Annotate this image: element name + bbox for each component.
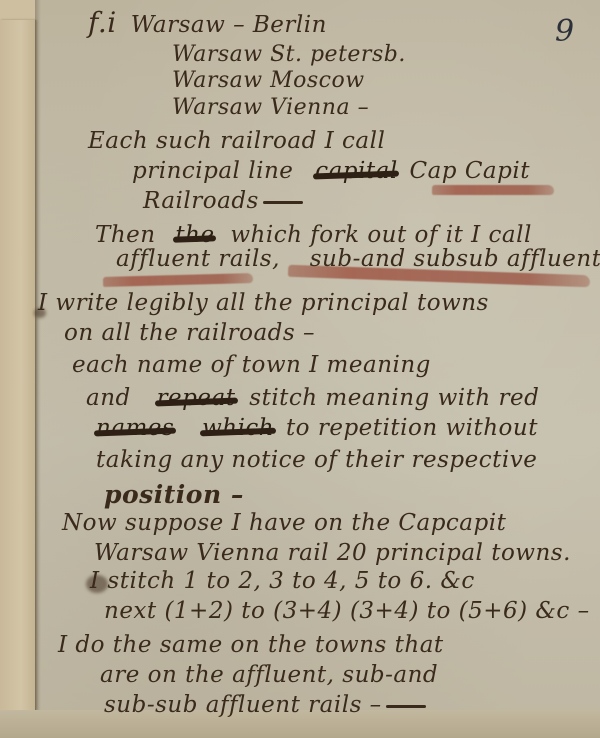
line-6: principal line capital Cap Capit bbox=[132, 158, 530, 184]
line-14-struck-word-a: names bbox=[96, 415, 174, 441]
manuscript-page: 9 f.iWarsaw – Berlin Warsaw St. petersb.… bbox=[0, 0, 600, 738]
line-9-text-b: sub-and subsub affluent rails bbox=[310, 246, 600, 272]
line-2: Warsaw St. petersb. bbox=[172, 42, 406, 67]
line-1-prefix: f.i bbox=[88, 6, 117, 39]
line-13: and repeat stitch meaning with red bbox=[86, 385, 539, 411]
line-9: affluent rails, sub-and subsub affluent … bbox=[116, 246, 600, 272]
line-1-text: Warsaw – Berlin bbox=[131, 12, 327, 38]
line-15: taking any notice of their respective bbox=[96, 447, 537, 473]
line-6-struck-word: capital bbox=[315, 158, 397, 184]
line-19: I stitch 1 to 2, 3 to 4, 5 to 6. &c bbox=[90, 568, 475, 594]
line-8-struck-word: the bbox=[175, 222, 214, 248]
line-8-text-before: Then bbox=[95, 222, 156, 248]
line-18: Warsaw Vienna rail 20 principal towns. bbox=[94, 540, 571, 566]
red-underline-smear-affluent bbox=[103, 273, 253, 287]
line-10: I write legibly all the principal towns bbox=[38, 290, 489, 316]
line-1: f.iWarsaw – Berlin bbox=[88, 6, 327, 39]
line-22: are on the affluent, sub-and bbox=[100, 662, 438, 688]
line-21: I do the same on the towns that bbox=[58, 632, 444, 658]
line-23: sub-sub affluent rails – bbox=[104, 692, 426, 718]
line-13-text-before: and bbox=[86, 385, 131, 411]
folio-number: 9 bbox=[555, 14, 574, 49]
line-23-text: sub-sub affluent rails – bbox=[104, 692, 382, 718]
line-5: Each such railroad I call bbox=[88, 128, 385, 154]
line-12: each name of town I meaning bbox=[72, 352, 431, 378]
page-edge-shadow bbox=[35, 0, 41, 738]
line-9-text-a: affluent rails, bbox=[116, 246, 280, 272]
line-17: Now suppose I have on the Capcapit bbox=[62, 510, 506, 536]
line-20: next (1+2) to (3+4) (3+4) to (5+6) &c – bbox=[104, 598, 590, 624]
line-14: names which to repetition without bbox=[96, 415, 538, 441]
line-14-struck-word-b: which bbox=[202, 415, 274, 441]
red-underline-smear-capcapit bbox=[432, 185, 554, 195]
line-11: on all the railroads – bbox=[64, 320, 315, 346]
binding-stub bbox=[0, 20, 36, 710]
line-6-text-after: Cap Capit bbox=[409, 158, 529, 184]
line-23-dash bbox=[386, 705, 426, 708]
line-4: Warsaw Vienna – bbox=[172, 95, 369, 120]
line-7: Railroads bbox=[143, 188, 303, 214]
line-16: position – bbox=[104, 480, 244, 509]
line-8: Then the which fork out of it I call bbox=[95, 222, 532, 248]
binding-stub-top bbox=[0, 0, 35, 20]
line-7-text: Railroads bbox=[143, 188, 259, 214]
line-3: Warsaw Moscow bbox=[172, 68, 365, 93]
line-7-dash bbox=[263, 201, 303, 204]
line-13-struck-word: repeat bbox=[157, 385, 236, 411]
line-13-text-after: stitch meaning with red bbox=[249, 385, 539, 411]
line-14-text-after: to repetition without bbox=[286, 415, 538, 441]
line-6-text-before: principal line bbox=[132, 158, 293, 184]
line-8-text-after: which fork out of it I call bbox=[230, 222, 531, 248]
